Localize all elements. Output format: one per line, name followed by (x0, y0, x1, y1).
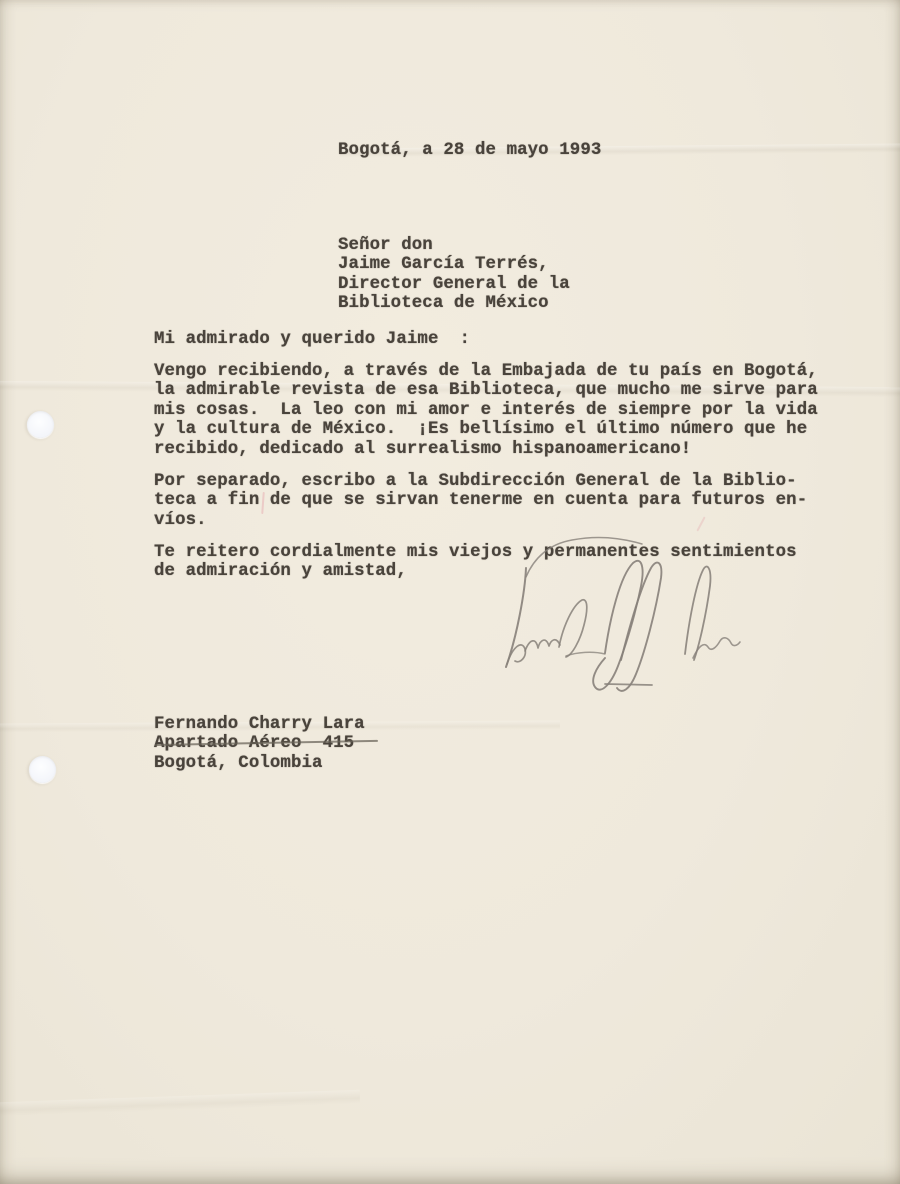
punch-hole (29, 756, 56, 783)
body-paragraph-1: Vengo recibiendo, a través de la Embajad… (154, 362, 818, 459)
body-line: Vengo recibiendo, a través de la Embajad… (154, 362, 818, 381)
body-line: recibido, dedicado al surrealismo hispan… (154, 440, 818, 459)
signature (455, 548, 765, 703)
body-line: mis cosas. La leo con mi amor e interés … (154, 401, 818, 420)
body-line: Por separado, escribo a la Subdirección … (154, 472, 807, 491)
body-paragraph-2: Por separado, escribo a la Subdirección … (154, 472, 807, 530)
body-line: la admirable revista de esa Biblioteca, … (154, 381, 818, 400)
salutation-text: Mi admirado y querido Jaime : (154, 330, 470, 349)
scanned-letter-page: Bogotá, a 28 de mayo 1993 Señor don Jaim… (0, 0, 900, 1184)
recipient-line: Jaime García Terrés, (338, 255, 570, 274)
body-line: teca a fin de que se sirvan tenerme en c… (154, 491, 807, 510)
dateline-text: Bogotá, a 28 de mayo 1993 (338, 141, 601, 160)
body-line: víos. (154, 511, 807, 530)
recipient-block: Señor don Jaime García Terrés, Director … (338, 236, 570, 314)
salutation: Mi admirado y querido Jaime : (154, 330, 470, 349)
sender-line: Bogotá, Colombia (154, 754, 365, 773)
recipient-line: Biblioteca de México (338, 294, 570, 313)
sender-line: Fernando Charry Lara (154, 715, 365, 734)
punch-hole (27, 411, 54, 438)
recipient-line: Director General de la (338, 275, 570, 294)
dateline: Bogotá, a 28 de mayo 1993 (338, 141, 601, 160)
paper-crease (0, 1090, 360, 1117)
body-line: y la cultura de México. ¡Es bellísimo el… (154, 420, 818, 439)
recipient-line: Señor don (338, 236, 570, 255)
